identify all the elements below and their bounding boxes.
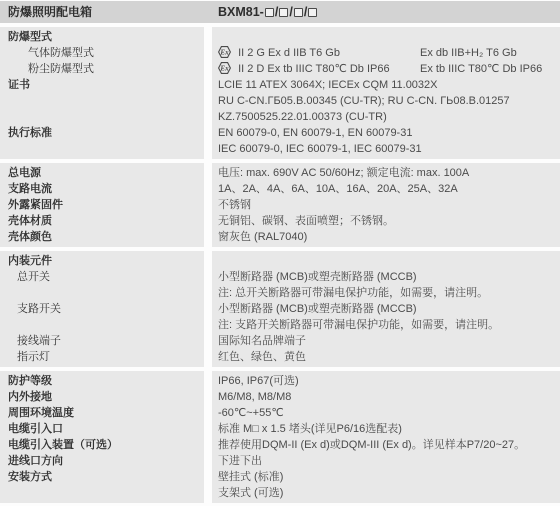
row-value-secondary: Ex db IIB+H₂ T6 Gb — [420, 45, 517, 61]
row-label: 接线端子 — [0, 333, 204, 349]
column-gutter — [204, 269, 212, 285]
row-value: Ex RU C-CN.ГБ05.В.00345 (CU-TR); RU C-CN… — [212, 93, 560, 109]
row-value-text: 小型断路器 (MCB)或塑壳断路器 (MCCB) — [218, 303, 417, 315]
row-value: Ex II 2 G Ex d IIB T6 Gb Ex db IIB+H₂ T6… — [212, 45, 560, 61]
row-value: Ex 小型断路器 (MCB)或塑壳断路器 (MCCB) — [212, 269, 560, 285]
page-title: 防爆照明配电箱 — [0, 1, 204, 23]
column-gutter — [204, 253, 212, 269]
spec-row: Ex IEC 60079-0, IEC 60079-1, IEC 60079-3… — [0, 141, 560, 157]
row-label: 外露紧固件 — [0, 197, 204, 213]
spec-row: 执行标准 Ex EN 60079-0, EN 60079-1, EN 60079… — [0, 125, 560, 141]
row-value: Ex EN 60079-0, EN 60079-1, EN 60079-31 — [212, 125, 560, 141]
row-label: 总电源 — [0, 165, 204, 181]
row-value: Ex 不锈钢 — [212, 197, 560, 213]
model-slot-box — [308, 8, 317, 17]
row-value-text: 窗灰色 (RAL7040) — [218, 231, 307, 243]
spec-row: Ex 支架式 (可选) — [0, 485, 560, 501]
row-label: 电缆引入口 — [0, 421, 204, 437]
row-value-text: 支架式 (可选) — [218, 487, 283, 499]
row-label — [0, 141, 204, 157]
column-gutter — [204, 485, 212, 501]
row-label: 壳体颜色 — [0, 229, 204, 245]
row-value-text: 下进下出 — [218, 455, 262, 467]
row-value-text: 无铜铝、碳钢、表面喷塑；不锈钢。 — [218, 215, 394, 227]
spec-row: 外露紧固件 Ex 不锈钢 — [0, 197, 560, 213]
column-gutter — [204, 213, 212, 229]
spec-row: 接线端子 Ex 国际知名品牌端子 — [0, 333, 560, 349]
column-gutter — [204, 61, 212, 77]
model-slot-box — [265, 8, 274, 17]
row-label: 粉尘防爆型式 — [0, 61, 204, 77]
spec-row: 指示灯 Ex 红色、绿色、黄色 — [0, 349, 560, 365]
row-value-text: M6/M8, M8/M8 — [218, 391, 291, 403]
row-label: 防爆型式 — [0, 29, 204, 45]
row-value: Ex 红色、绿色、黄色 — [212, 349, 560, 365]
row-value: Ex 下进下出 — [212, 453, 560, 469]
row-value-text: RU C-CN.ГБ05.В.00345 (CU-TR); RU C-CN. Г… — [218, 95, 510, 107]
spec-row: 电缆引入装置（可选） Ex 推荐使用DQM-II (Ex d)或DQM-III … — [0, 437, 560, 453]
column-gutter — [204, 229, 212, 245]
row-label: 证书 — [0, 77, 204, 93]
row-value: Ex IEC 60079-0, IEC 60079-1, IEC 60079-3… — [212, 141, 560, 157]
row-value-text: 电压: max. 690V AC 50/60Hz; 额定电流: max. 100… — [218, 167, 469, 179]
spec-row: Ex 注: 支路开关断路器可带漏电保护功能，如需要，请注明。 — [0, 317, 560, 333]
ex-mark-icon: Ex — [218, 46, 231, 58]
header-bar: 防爆照明配电箱 BXM81-/// — [0, 1, 560, 23]
row-label — [0, 317, 204, 333]
column-gutter — [204, 141, 212, 157]
row-label: 防护等级 — [0, 373, 204, 389]
row-value: Ex M6/M8, M8/M8 — [212, 389, 560, 405]
row-value-text: 国际知名品牌端子 — [218, 335, 306, 347]
spec-row: 电缆引入口 Ex 标准 M□ x 1.5 堵头(详见P6/16选配表) — [0, 421, 560, 437]
row-value-text: -60℃~+55℃ — [218, 407, 284, 419]
row-value: Ex -60℃~+55℃ — [212, 405, 560, 421]
column-gutter — [204, 285, 212, 301]
spec-section: 内装元件 Ex 总开关 Ex 小型断路器 (MCB)或塑壳断路器 (MCCB — [0, 251, 560, 367]
row-value: Ex 小型断路器 (MCB)或塑壳断路器 (MCCB) — [212, 301, 560, 317]
column-gutter — [204, 469, 212, 485]
row-value-text: EN 60079-0, EN 60079-1, EN 60079-31 — [218, 127, 412, 139]
row-label — [0, 485, 204, 501]
row-label: 气体防爆型式 — [0, 45, 204, 61]
column-gutter — [204, 77, 212, 93]
row-value: Ex KZ.7500525.22.01.00373 (CU-TR) — [212, 109, 560, 125]
spec-row: 支路开关 Ex 小型断路器 (MCB)或塑壳断路器 (MCCB) — [0, 301, 560, 317]
row-value: Ex 国际知名品牌端子 — [212, 333, 560, 349]
row-value: Ex 注: 总开关断路器可带漏电保护功能，如需要，请注明。 — [212, 285, 560, 301]
spec-section: 总电源 Ex 电压: max. 690V AC 50/60Hz; 额定电流: m… — [0, 163, 560, 247]
column-gutter — [204, 165, 212, 181]
row-value: Ex 标准 M□ x 1.5 堵头(详见P6/16选配表) — [212, 421, 560, 437]
spec-row: 内外接地 Ex M6/M8, M8/M8 — [0, 389, 560, 405]
spec-row: 进线口方向 Ex 下进下出 — [0, 453, 560, 469]
row-value: Ex 支架式 (可选) — [212, 485, 560, 501]
spec-row: Ex KZ.7500525.22.01.00373 (CU-TR) — [0, 109, 560, 125]
column-gutter — [204, 349, 212, 365]
column-gutter — [204, 181, 212, 197]
row-value-text: 标准 M□ x 1.5 堵头(详见P6/16选配表) — [218, 423, 402, 435]
row-value-text: 推荐使用DQM-II (Ex d)或DQM-III (Ex d)。详见样本P7/… — [218, 439, 525, 451]
spec-row: 内装元件 Ex — [0, 253, 560, 269]
model-slot-boxes: /// — [264, 5, 318, 19]
row-label: 周围环境温度 — [0, 405, 204, 421]
spec-row: 证书 Ex LCIE 11 ATEX 3064X; IECEx CQM 11.0… — [0, 77, 560, 93]
row-value-text: IP66, IP67(可选) — [218, 375, 299, 387]
row-value-text: 1A、2A、4A、6A、10A、16A、20A、25A、32A — [218, 183, 458, 195]
row-label: 执行标准 — [0, 125, 204, 141]
row-value: Ex 推荐使用DQM-II (Ex d)或DQM-III (Ex d)。详见样本… — [212, 437, 560, 453]
row-value-text: II 2 D Ex tb IIIC T80℃ Db IP66 — [238, 63, 390, 75]
column-gutter — [204, 421, 212, 437]
row-label: 安装方式 — [0, 469, 204, 485]
row-value: Ex II 2 D Ex tb IIIC T80℃ Db IP66 Ex tb … — [212, 61, 560, 77]
spec-row: Ex 注: 总开关断路器可带漏电保护功能，如需要，请注明。 — [0, 285, 560, 301]
row-label: 指示灯 — [0, 349, 204, 365]
column-gutter — [204, 93, 212, 109]
svg-text:Ex: Ex — [219, 49, 229, 57]
row-value-text: 注: 支路开关断路器可带漏电保护功能，如需要，请注明。 — [218, 319, 499, 331]
row-label: 进线口方向 — [0, 453, 204, 469]
column-gutter — [204, 373, 212, 389]
column-gutter — [204, 317, 212, 333]
row-value: Ex 窗灰色 (RAL7040) — [212, 229, 560, 245]
column-gutter — [204, 405, 212, 421]
row-value-text: LCIE 11 ATEX 3064X; IECEx CQM 11.0032X — [218, 79, 438, 91]
column-gutter — [204, 125, 212, 141]
row-value: Ex 无铜铝、碳钢、表面喷塑；不锈钢。 — [212, 213, 560, 229]
row-value-text: 注: 总开关断路器可带漏电保护功能，如需要，请注明。 — [218, 287, 488, 299]
row-value-text: 红色、绿色、黄色 — [218, 351, 306, 363]
column-gutter — [204, 333, 212, 349]
column-gutter — [204, 109, 212, 125]
model-prefix: BXM81- — [218, 5, 264, 19]
spec-sheet: 防爆照明配电箱 BXM81-/// 防爆型式 Ex 气体防爆型式 — [0, 1, 560, 503]
row-value-text: II 2 G Ex d IIB T6 Gb — [238, 47, 340, 59]
column-gutter — [204, 389, 212, 405]
model-slot-box — [279, 8, 288, 17]
row-label: 电缆引入装置（可选） — [0, 437, 204, 453]
spec-section: 防爆型式 Ex 气体防爆型式 Ex II 2 G Ex d IIB T6 G — [0, 27, 560, 159]
row-label: 壳体材质 — [0, 213, 204, 229]
row-label — [0, 285, 204, 301]
row-value-text: 小型断路器 (MCB)或塑壳断路器 (MCCB) — [218, 271, 417, 283]
model-slot-box — [294, 8, 303, 17]
row-value-secondary: Ex tb IIIC T80℃ Db IP66 — [420, 61, 542, 77]
row-value: Ex — [212, 29, 560, 45]
row-value-text: KZ.7500525.22.01.00373 (CU-TR) — [218, 111, 387, 123]
spec-section: 防护等级 Ex IP66, IP67(可选) 内外接地 Ex M6/M8, M — [0, 371, 560, 503]
row-value: Ex 电压: max. 690V AC 50/60Hz; 额定电流: max. … — [212, 165, 560, 181]
row-value: Ex 壁挂式 (标准) — [212, 469, 560, 485]
row-value: Ex — [212, 253, 560, 269]
row-value: Ex 注: 支路开关断路器可带漏电保护功能，如需要，请注明。 — [212, 317, 560, 333]
ex-mark-icon: Ex — [218, 62, 231, 74]
spec-row: 防爆型式 Ex — [0, 29, 560, 45]
row-value-text: 不锈钢 — [218, 199, 251, 211]
row-label: 内外接地 — [0, 389, 204, 405]
row-value-text: 壁挂式 (标准) — [218, 471, 283, 483]
spec-row: Ex RU C-CN.ГБ05.В.00345 (CU-TR); RU C-CN… — [0, 93, 560, 109]
row-value: Ex 1A、2A、4A、6A、10A、16A、20A、25A、32A — [212, 181, 560, 197]
column-gutter — [204, 197, 212, 213]
row-label: 支路开关 — [0, 301, 204, 317]
row-label: 总开关 — [0, 269, 204, 285]
column-gutter — [204, 45, 212, 61]
row-label — [0, 109, 204, 125]
spec-row: 壳体材质 Ex 无铜铝、碳钢、表面喷塑；不锈钢。 — [0, 213, 560, 229]
spec-row: 总开关 Ex 小型断路器 (MCB)或塑壳断路器 (MCCB) — [0, 269, 560, 285]
spec-row: 防护等级 Ex IP66, IP67(可选) — [0, 373, 560, 389]
column-gutter — [204, 29, 212, 45]
row-value: Ex IP66, IP67(可选) — [212, 373, 560, 389]
column-gutter — [204, 301, 212, 317]
column-gutter — [204, 437, 212, 453]
model-number: BXM81-/// — [212, 1, 560, 23]
row-label: 支路电流 — [0, 181, 204, 197]
svg-text:Ex: Ex — [219, 65, 229, 73]
row-label: 内装元件 — [0, 253, 204, 269]
spec-row: 总电源 Ex 电压: max. 690V AC 50/60Hz; 额定电流: m… — [0, 165, 560, 181]
spec-row: 气体防爆型式 Ex II 2 G Ex d IIB T6 Gb Ex db II… — [0, 45, 560, 61]
spec-sections: 防爆型式 Ex 气体防爆型式 Ex II 2 G Ex d IIB T6 G — [0, 27, 560, 503]
spec-row: 周围环境温度 Ex -60℃~+55℃ — [0, 405, 560, 421]
row-value: Ex LCIE 11 ATEX 3064X; IECEx CQM 11.0032… — [212, 77, 560, 93]
row-label — [0, 93, 204, 109]
row-value-text: IEC 60079-0, IEC 60079-1, IEC 60079-31 — [218, 143, 422, 155]
spec-row: 粉尘防爆型式 Ex II 2 D Ex tb IIIC T80℃ Db IP66… — [0, 61, 560, 77]
spec-row: 支路电流 Ex 1A、2A、4A、6A、10A、16A、20A、25A、32A — [0, 181, 560, 197]
column-gutter — [204, 453, 212, 469]
spec-row: 安装方式 Ex 壁挂式 (标准) — [0, 469, 560, 485]
spec-row: 壳体颜色 Ex 窗灰色 (RAL7040) — [0, 229, 560, 245]
